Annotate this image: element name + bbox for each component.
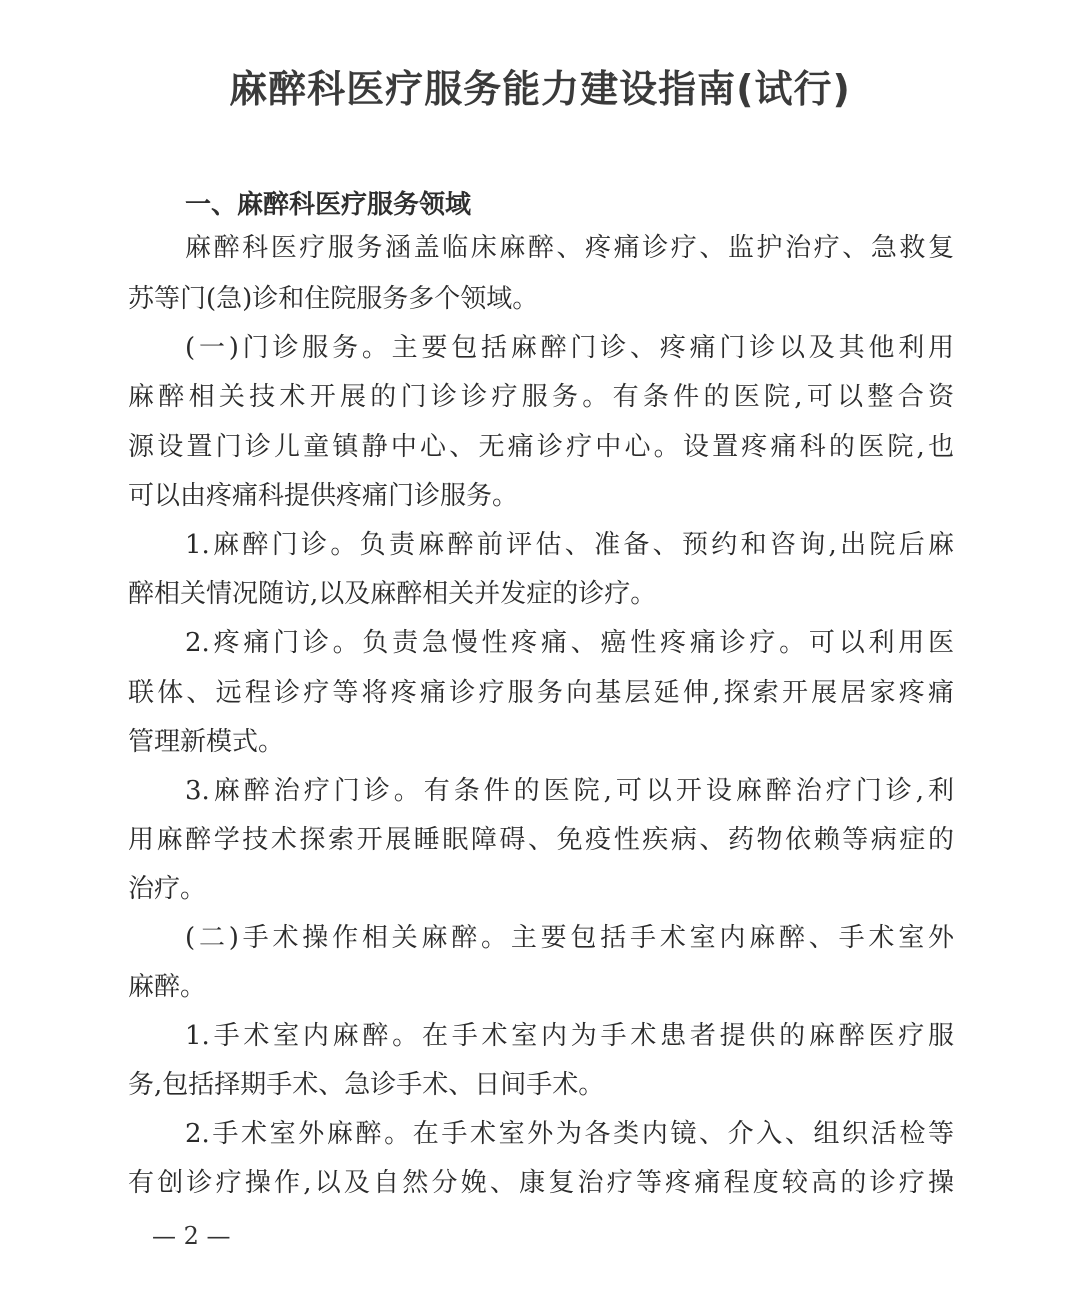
- paragraph-line: 2.手术室外麻醉。在手术室外为各类内镜、介入、组织活检等: [185, 1118, 954, 1150]
- paragraph-line: 管理新模式。: [128, 726, 954, 758]
- paragraph-line: 可以由疼痛科提供疼痛门诊服务。: [128, 480, 954, 512]
- paragraph-line: 麻醉。: [128, 971, 954, 1003]
- paragraph-line: 1.麻醉门诊。负责麻醉前评估、准备、预约和咨询,出院后麻: [185, 529, 954, 561]
- section-heading: 一、麻醉科医疗服务领域: [185, 184, 471, 221]
- paragraph-line: 麻醉科医疗服务涵盖临床麻醉、疼痛诊疗、监护治疗、急救复: [185, 232, 954, 264]
- paragraph-line: 3.麻醉治疗门诊。有条件的医院,可以开设麻醉治疗门诊,利: [185, 775, 954, 807]
- paragraph-line: 有创诊疗操作,以及自然分娩、康复治疗等疼痛程度较高的诊疗操: [128, 1167, 954, 1199]
- document-title: 麻醉科医疗服务能力建设指南(试行): [0, 58, 1080, 113]
- paragraph-line: 源设置门诊儿童镇静中心、无痛诊疗中心。设置疼痛科的医院,也: [128, 431, 954, 463]
- paragraph-line: 务,包括择期手术、急诊手术、日间手术。: [128, 1069, 954, 1101]
- paragraph-line: 醉相关情况随访,以及麻醉相关并发症的诊疗。: [128, 578, 954, 610]
- paragraph-line: 1.手术室内麻醉。在手术室内为手术患者提供的麻醉医疗服: [185, 1020, 954, 1052]
- paragraph-line: 联体、远程诊疗等将疼痛诊疗服务向基层延伸,探索开展居家疼痛: [128, 677, 954, 709]
- paragraph-line: (一)门诊服务。主要包括麻醉门诊、疼痛门诊以及其他利用: [185, 332, 954, 364]
- paragraph-line: 麻醉相关技术开展的门诊诊疗服务。有条件的医院,可以整合资: [128, 381, 954, 413]
- paragraph-line: 2.疼痛门诊。负责急慢性疼痛、癌性疼痛诊疗。可以利用医: [185, 627, 954, 659]
- page-number: — 2 —: [152, 1222, 231, 1250]
- paragraph-line: 用麻醉学技术探索开展睡眠障碍、免疫性疾病、药物依赖等病症的: [128, 824, 954, 856]
- paragraph-line: (二)手术操作相关麻醉。主要包括手术室内麻醉、手术室外: [185, 922, 954, 954]
- paragraph-line: 苏等门(急)诊和住院服务多个领域。: [128, 283, 954, 315]
- paragraph-line: 治疗。: [128, 873, 954, 905]
